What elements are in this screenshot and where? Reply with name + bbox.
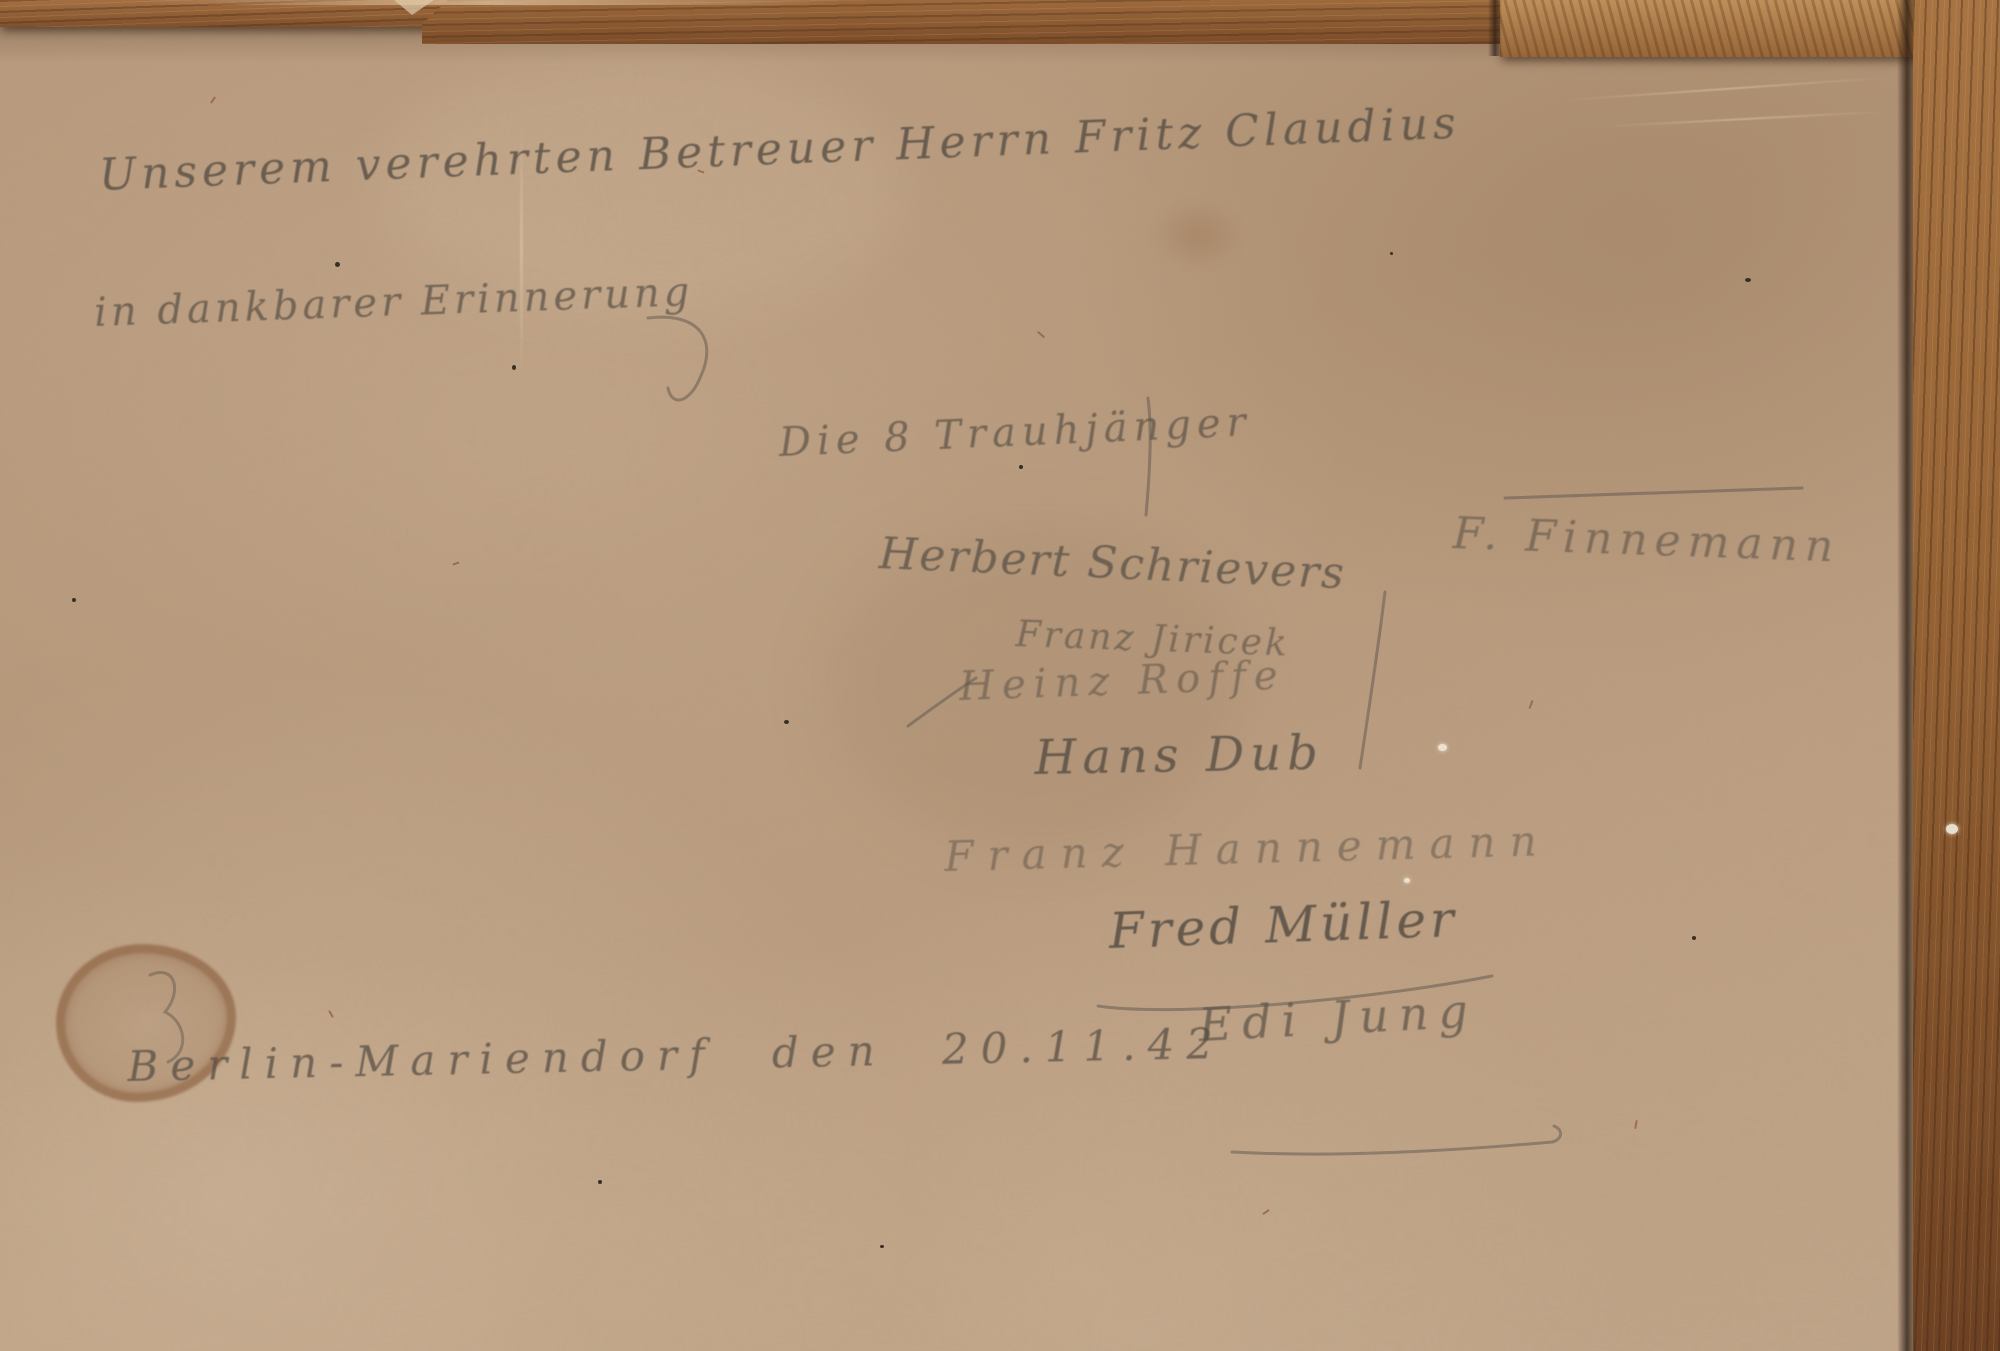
frame-joint-gap <box>1488 0 1502 56</box>
speck <box>1019 465 1023 469</box>
white-fleck <box>1438 744 1447 751</box>
tonal-blotch-light <box>380 60 900 320</box>
speck <box>512 365 516 370</box>
speck <box>880 1245 884 1248</box>
speck <box>598 1180 602 1184</box>
frame-top-edge-highlight <box>140 0 840 5</box>
frame-top-strip-middle <box>422 0 1504 44</box>
speck <box>784 720 789 724</box>
frame-white-chip <box>1946 824 1958 834</box>
framed-picture-back-photo: Unserem verehrten Betreuer Herrn Fritz C… <box>0 0 2000 1351</box>
tonal-blotch <box>820 520 1240 850</box>
speck <box>1692 936 1696 940</box>
speck <box>72 598 76 602</box>
white-fleck <box>1404 878 1410 883</box>
scratch-vertical <box>520 120 523 380</box>
frame-right-strip <box>1913 0 2000 1351</box>
speck <box>1745 278 1751 282</box>
speck <box>1390 252 1393 255</box>
faint-round-stain <box>1150 200 1245 270</box>
speck <box>335 262 340 267</box>
